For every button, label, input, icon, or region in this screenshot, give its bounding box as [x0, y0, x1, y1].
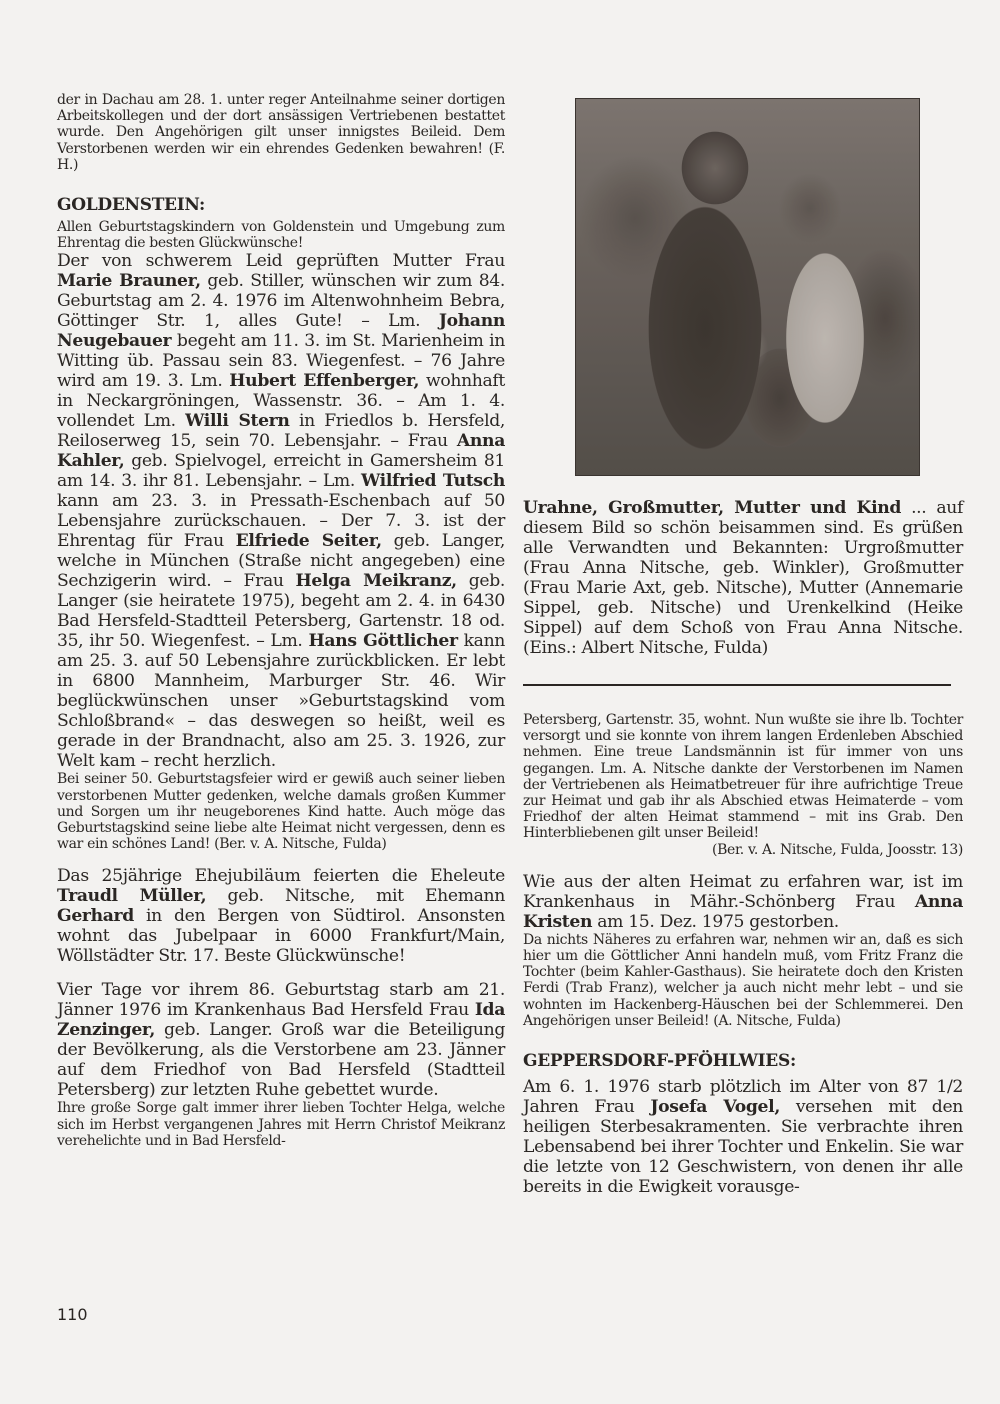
obituary-paragraph: Vier Tage vor ihrem 86. Geburtstag starb…	[57, 980, 505, 1100]
person-name: Hubert Effenberger,	[229, 371, 419, 391]
caption-text: ... auf diesem Bild so schön beisammen s…	[523, 498, 963, 658]
person-name: Elfriede Seiter,	[236, 531, 382, 551]
text: Der von schwerem Leid geprüften Mutter F…	[57, 251, 505, 271]
caption-title: Urahne, Großmutter, Mutter und Kind	[523, 498, 901, 518]
left-column: der in Dachau am 28. 1. unter reger Ante…	[57, 92, 505, 1149]
page-number: 110	[57, 1305, 88, 1324]
jubilee-paragraph: Das 25jährige Ehejubiläum feierten die E…	[57, 866, 505, 966]
continuation-paragraph: Petersberg, Gartenstr. 35, wohnt. Nun wu…	[523, 712, 963, 842]
text: am 15. Dez. 1975 gestorben.	[592, 912, 839, 932]
magazine-page: der in Dachau am 28. 1. unter reger Ante…	[0, 0, 1000, 1404]
section-heading-goldenstein: GOLDENSTEIN:	[57, 195, 505, 215]
intro-paragraph: der in Dachau am 28. 1. unter reger Ante…	[57, 92, 505, 173]
photo-frame	[575, 98, 920, 476]
obituary-note-paragraph: Ihre große Sorge galt immer ihrer lieben…	[57, 1100, 505, 1149]
kristen-note-paragraph: Da nichts Näheres zu erfahren war, nehme…	[523, 932, 963, 1029]
person-name: Gerhard	[57, 906, 134, 926]
text: Wie aus der alten Heimat zu erfahren war…	[523, 872, 963, 912]
section-heading-geppersdorf: GEPPERSDORF-PFÖHLWIES:	[523, 1051, 963, 1071]
geppersdorf-paragraph: Am 6. 1. 1976 starb plötzlich im Alter v…	[523, 1077, 963, 1197]
person-name: Josefa Vogel,	[650, 1097, 780, 1117]
right-column: Urahne, Großmutter, Mutter und Kind ... …	[523, 498, 963, 1197]
birthdays-paragraph: Der von schwerem Leid geprüften Mutter F…	[57, 251, 505, 771]
greeting-paragraph: Allen Geburtstagskindern von Goldenstein…	[57, 219, 505, 251]
person-name: Traudl Müller,	[57, 886, 206, 906]
text: geb. Nitsche, mit Ehemann	[206, 886, 505, 906]
birthday-note-paragraph: Bei seiner 50. Geburtstagsfeier wird er …	[57, 771, 505, 852]
person-name: Wilfried Tutsch	[361, 471, 505, 491]
photo-caption: Urahne, Großmutter, Mutter und Kind ... …	[523, 498, 963, 658]
person-name: Marie Brauner,	[57, 271, 201, 291]
text: kann am 25. 3. auf 50 Lebensjahre zurück…	[57, 631, 505, 771]
continuation-attribution: (Ber. v. A. Nitsche, Fulda, Joosstr. 13)	[523, 842, 963, 858]
text: Das 25jährige Ehejubiläum feierten die E…	[57, 866, 505, 886]
kristen-paragraph: Wie aus der alten Heimat zu erfahren war…	[523, 872, 963, 932]
person-name: Willi Stern	[185, 411, 289, 431]
person-name: Hans Göttlicher	[309, 631, 458, 651]
text: Vier Tage vor ihrem 86. Geburtstag starb…	[57, 980, 505, 1020]
person-name: Helga Meikranz,	[296, 571, 457, 591]
